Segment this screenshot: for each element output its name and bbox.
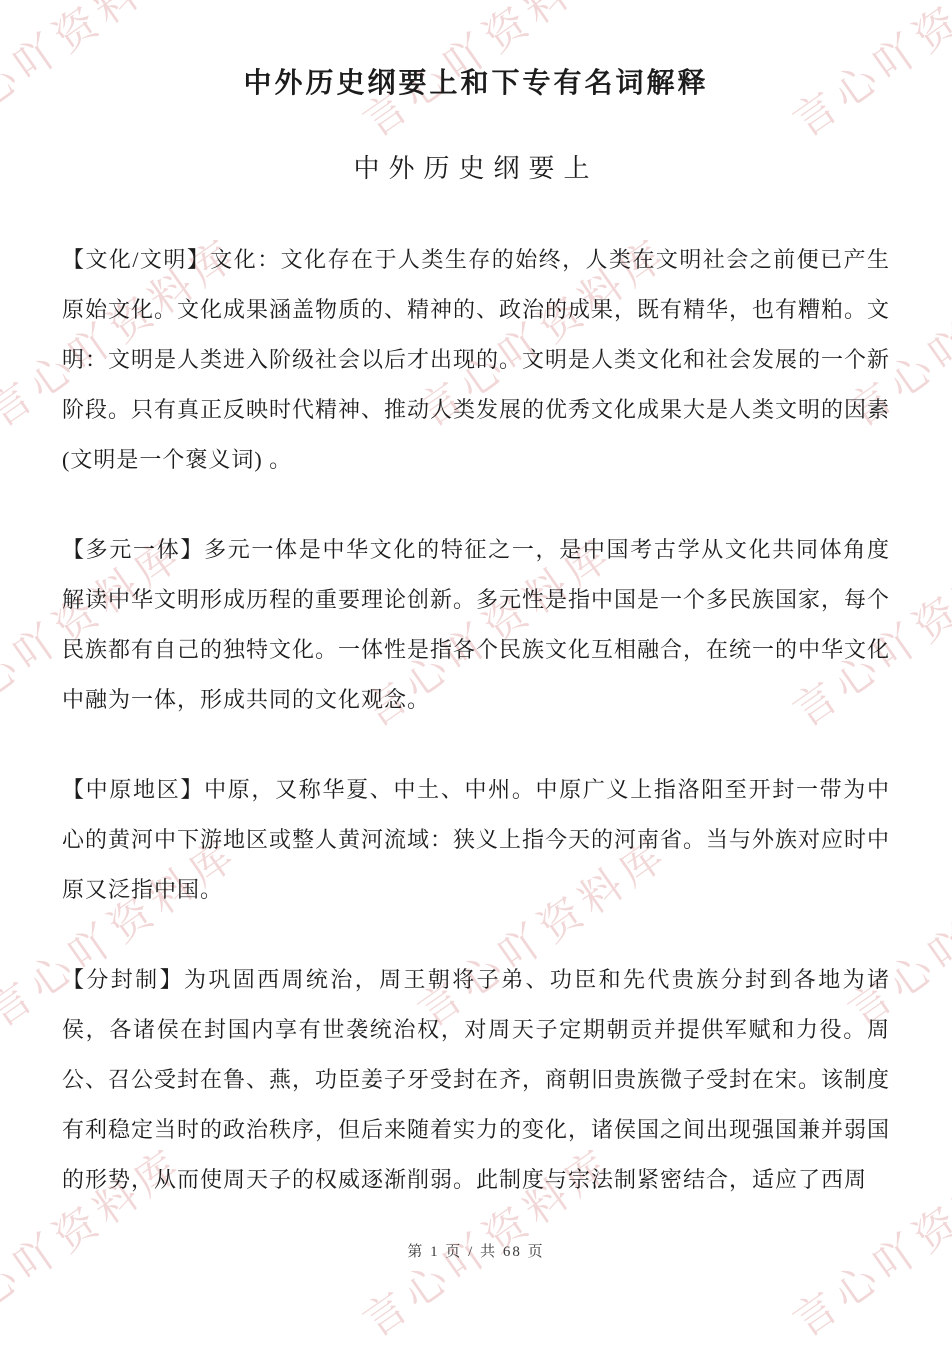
section-title: 中外历史纲要上 [62,156,890,182]
document-page: 言心吖资料库言心吖资料库言心吖资料库言心吖资料库言心吖资料库言心吖资料库言心吖资… [0,0,952,1347]
term-paragraph: 【文化/文明】文化：文化存在于人类生存的始终，人类在文明社会之前便已产生原始文化… [62,235,890,485]
term-label: 【分封制】 [62,967,184,992]
term-definition: 为巩固西周统治，周王朝将子弟、功臣和先代贵族分封到各地为诸侯，各诸侯在封国内享有… [62,967,890,1192]
term-label: 【中原地区】 [62,777,204,802]
term-label: 【多元一体】 [62,537,204,562]
term-paragraph: 【多元一体】多元一体是中华文化的特征之一，是中国考古学从文化共同体角度解读中华文… [62,525,890,725]
term-definition: 文化：文化存在于人类生存的始终，人类在文明社会之前便已产生原始文化。文化成果涵盖… [62,247,890,472]
term-definition: 多元一体是中华文化的特征之一，是中国考古学从文化共同体角度解读中华文明形成历程的… [62,537,890,712]
glossary-body: 【文化/文明】文化：文化存在于人类生存的始终，人类在文明社会之前便已产生原始文化… [62,235,890,1205]
document-title: 中外历史纲要上和下专有名词解释 [62,0,890,98]
document-content: 中外历史纲要上和下专有名词解释 中外历史纲要上 【文化/文明】文化：文化存在于人… [0,0,952,1205]
page-number: 第 1 页 / 共 68 页 [0,1240,952,1261]
term-paragraph: 【分封制】为巩固西周统治，周王朝将子弟、功臣和先代贵族分封到各地为诸侯，各诸侯在… [62,955,890,1205]
term-paragraph: 【中原地区】中原，又称华夏、中土、中州。中原广义上指洛阳至开封一带为中心的黄河中… [62,765,890,915]
term-label: 【文化/文明】 [62,247,210,272]
